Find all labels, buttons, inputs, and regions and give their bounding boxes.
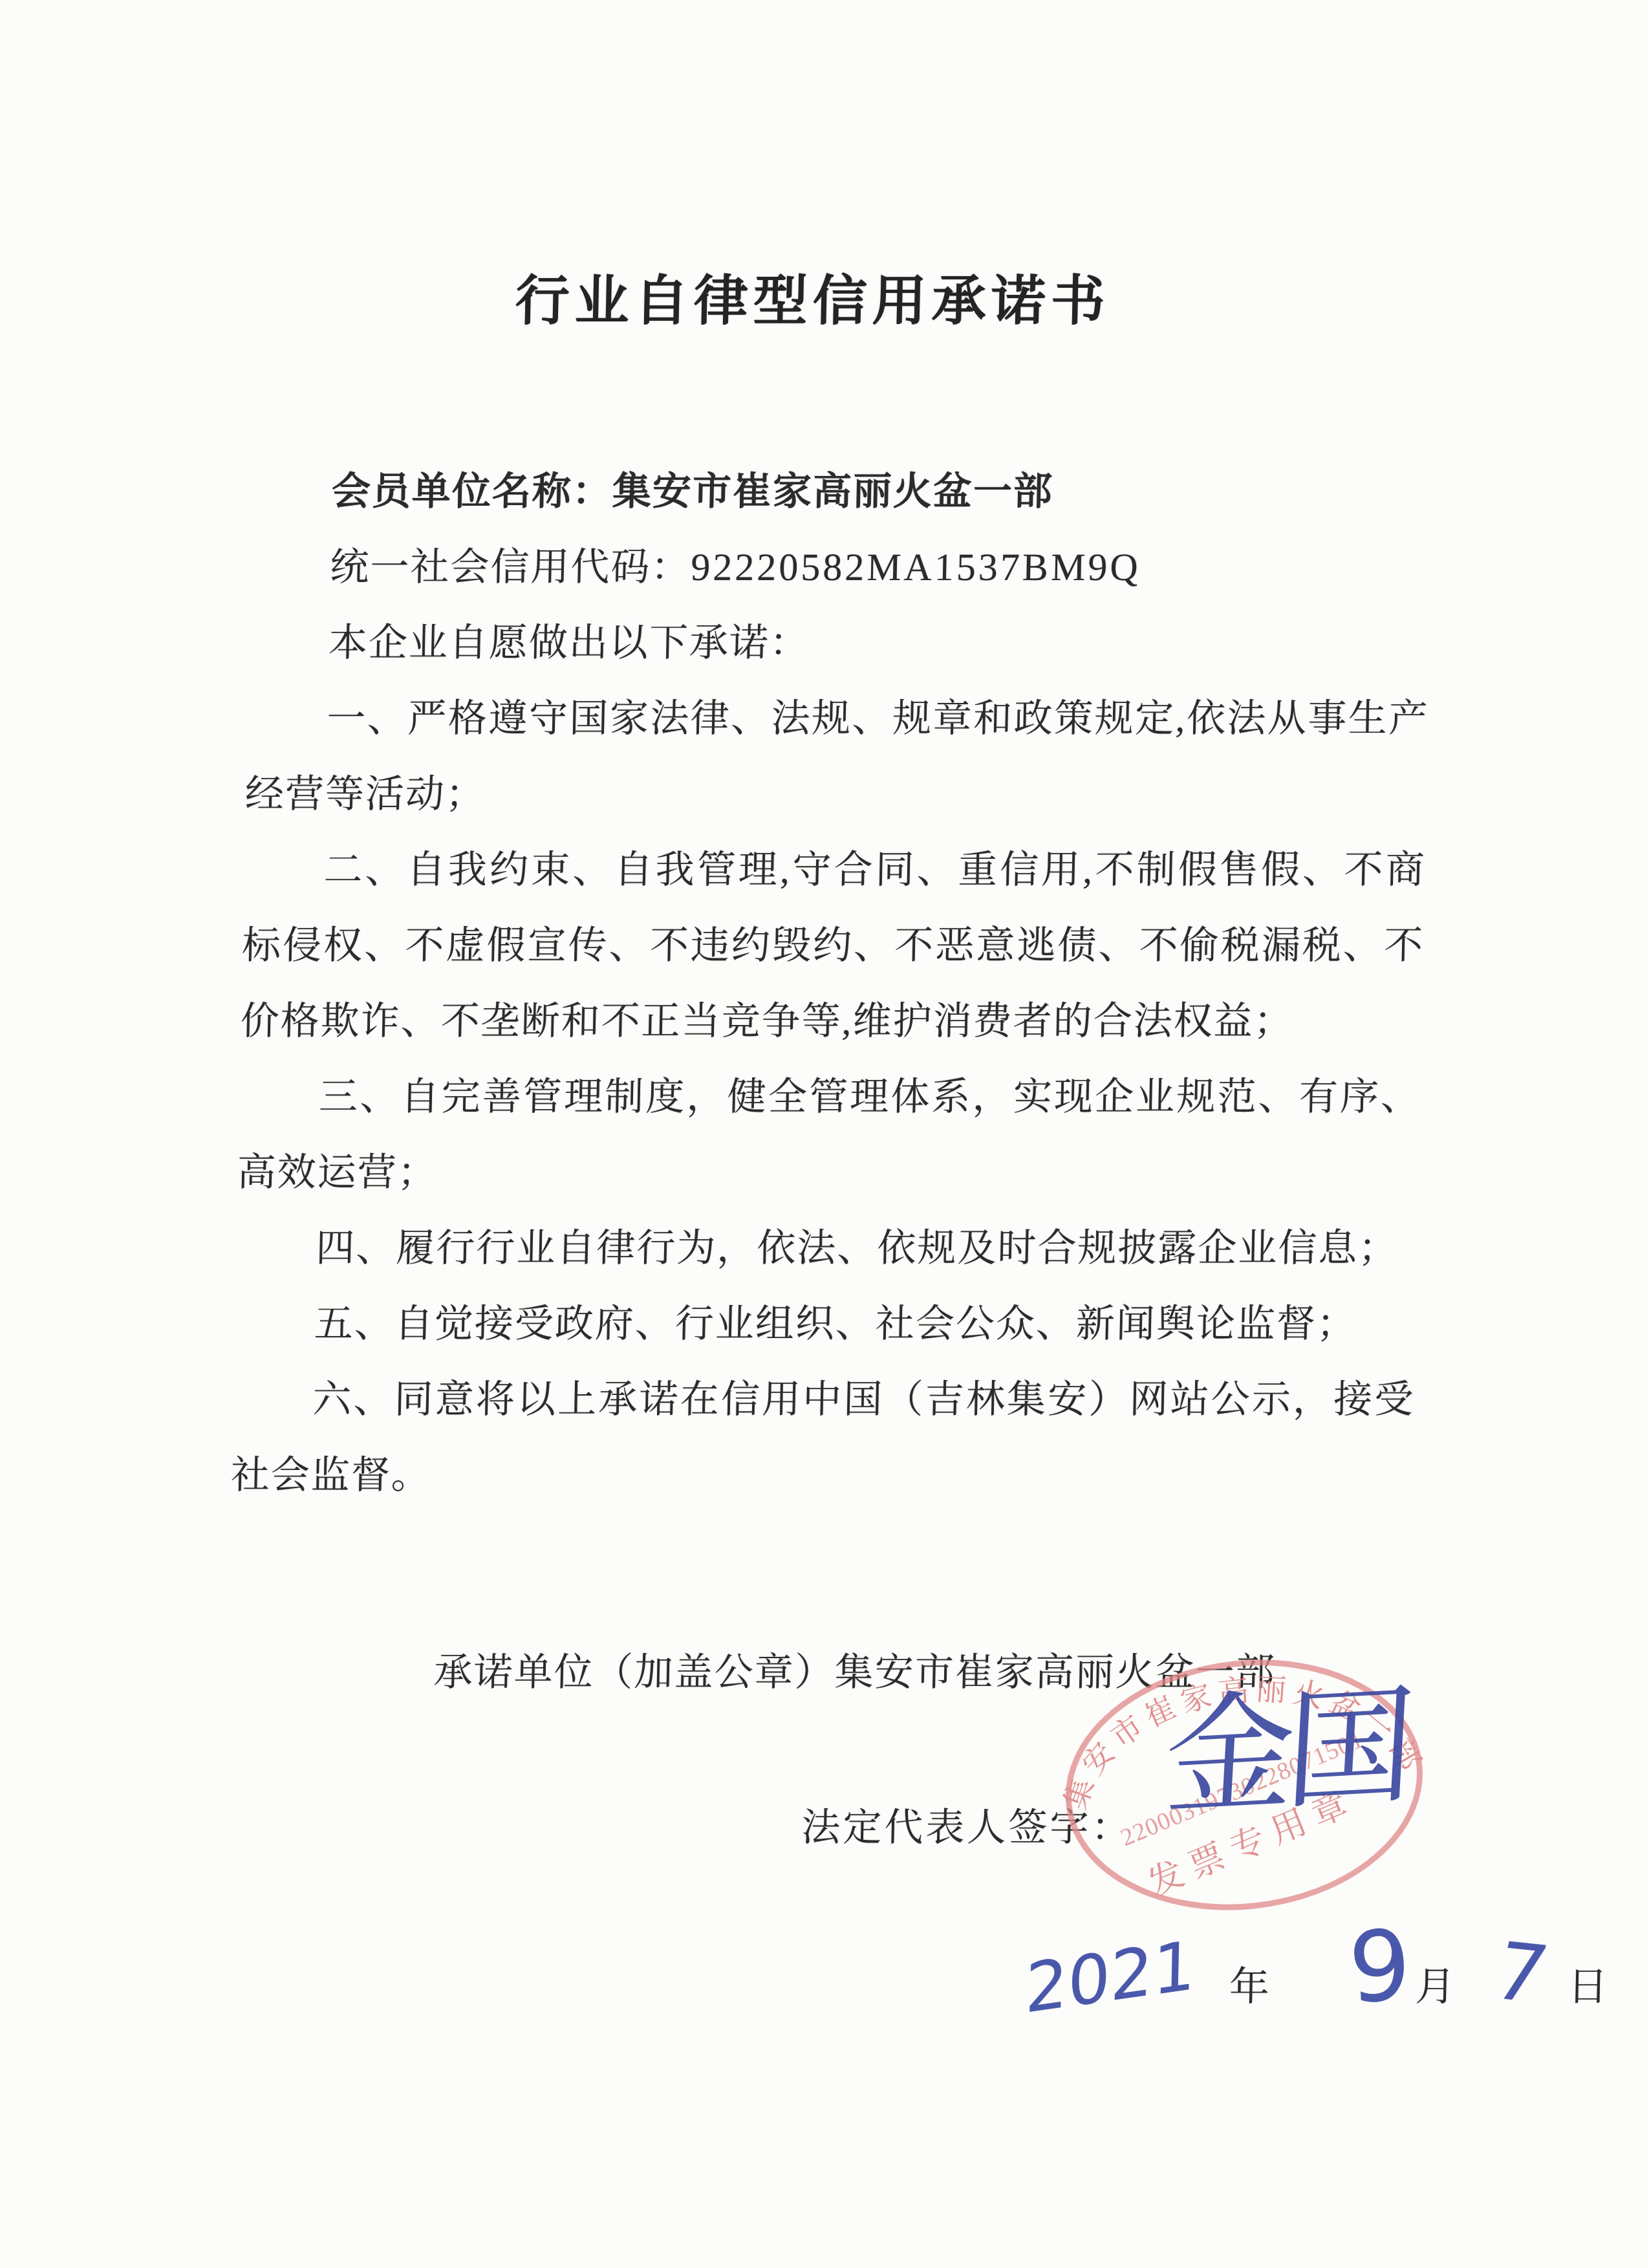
document-body: 会员单位名称：集安市崔家高丽火盆一部 统一社会信用代码：92220582MA15… [230, 454, 1434, 1513]
commitment-item-3: 三、自完善管理制度，健全管理体系，实现企业规范、有序、高效运营； [237, 1059, 1422, 1211]
handwritten-signature: 金国 [1161, 1675, 1410, 1830]
credit-code-line: 统一社会信用代码：92220582MA1537BM9Q [249, 530, 1432, 605]
credit-code-value: 92220582MA1537BM9Q [691, 546, 1141, 589]
scan-content: 行业自律型信用承诺书 会员单位名称：集安市崔家高丽火盆一部 统一社会信用代码：9… [0, 0, 1649, 2268]
intro-line: 本企业自愿做出以下承诺： [248, 605, 1431, 681]
member-name-line: 会员单位名称：集安市崔家高丽火盆一部 [251, 454, 1434, 530]
scanned-document-page: 行业自律型信用承诺书 会员单位名称：集安市崔家高丽火盆一部 统一社会信用代码：9… [0, 0, 1649, 2268]
member-name-label: 会员单位名称： [331, 470, 612, 513]
member-name-value: 集安市崔家高丽火盆一部 [612, 470, 1053, 513]
commitment-item-6: 六、同意将以上承诺在信用中国（吉林集安）网站公示，接受社会监督。 [230, 1362, 1416, 1513]
handwritten-day: 7 [1485, 1925, 1557, 2021]
commitment-item-2: 二、自我约束、自我管理,守合同、重信用,不制假售假、不商标侵权、不虚假宣传、不违… [239, 832, 1426, 1059]
credit-code-label: 统一社会信用代码： [330, 546, 691, 589]
commitment-item-4: 四、履行行业自律行为，依法、依规及时合规披露企业信息； [235, 1211, 1418, 1286]
year-character: 年 [1229, 1954, 1270, 2012]
commitment-item-1: 一、严格遵守国家法律、法规、规章和政策规定,依法从事生产经营等活动； [244, 681, 1430, 832]
handwritten-year: 2021 [1024, 1925, 1196, 2029]
document-title: 行业自律型信用承诺书 [17, 257, 1610, 336]
handwritten-month: 9 [1346, 1909, 1413, 2025]
month-character: 月 [1415, 1954, 1456, 2012]
commitment-item-5: 五、自觉接受政府、行业组织、社会公众、新闻舆论监督； [233, 1286, 1417, 1362]
day-character: 日 [1567, 1954, 1608, 2012]
